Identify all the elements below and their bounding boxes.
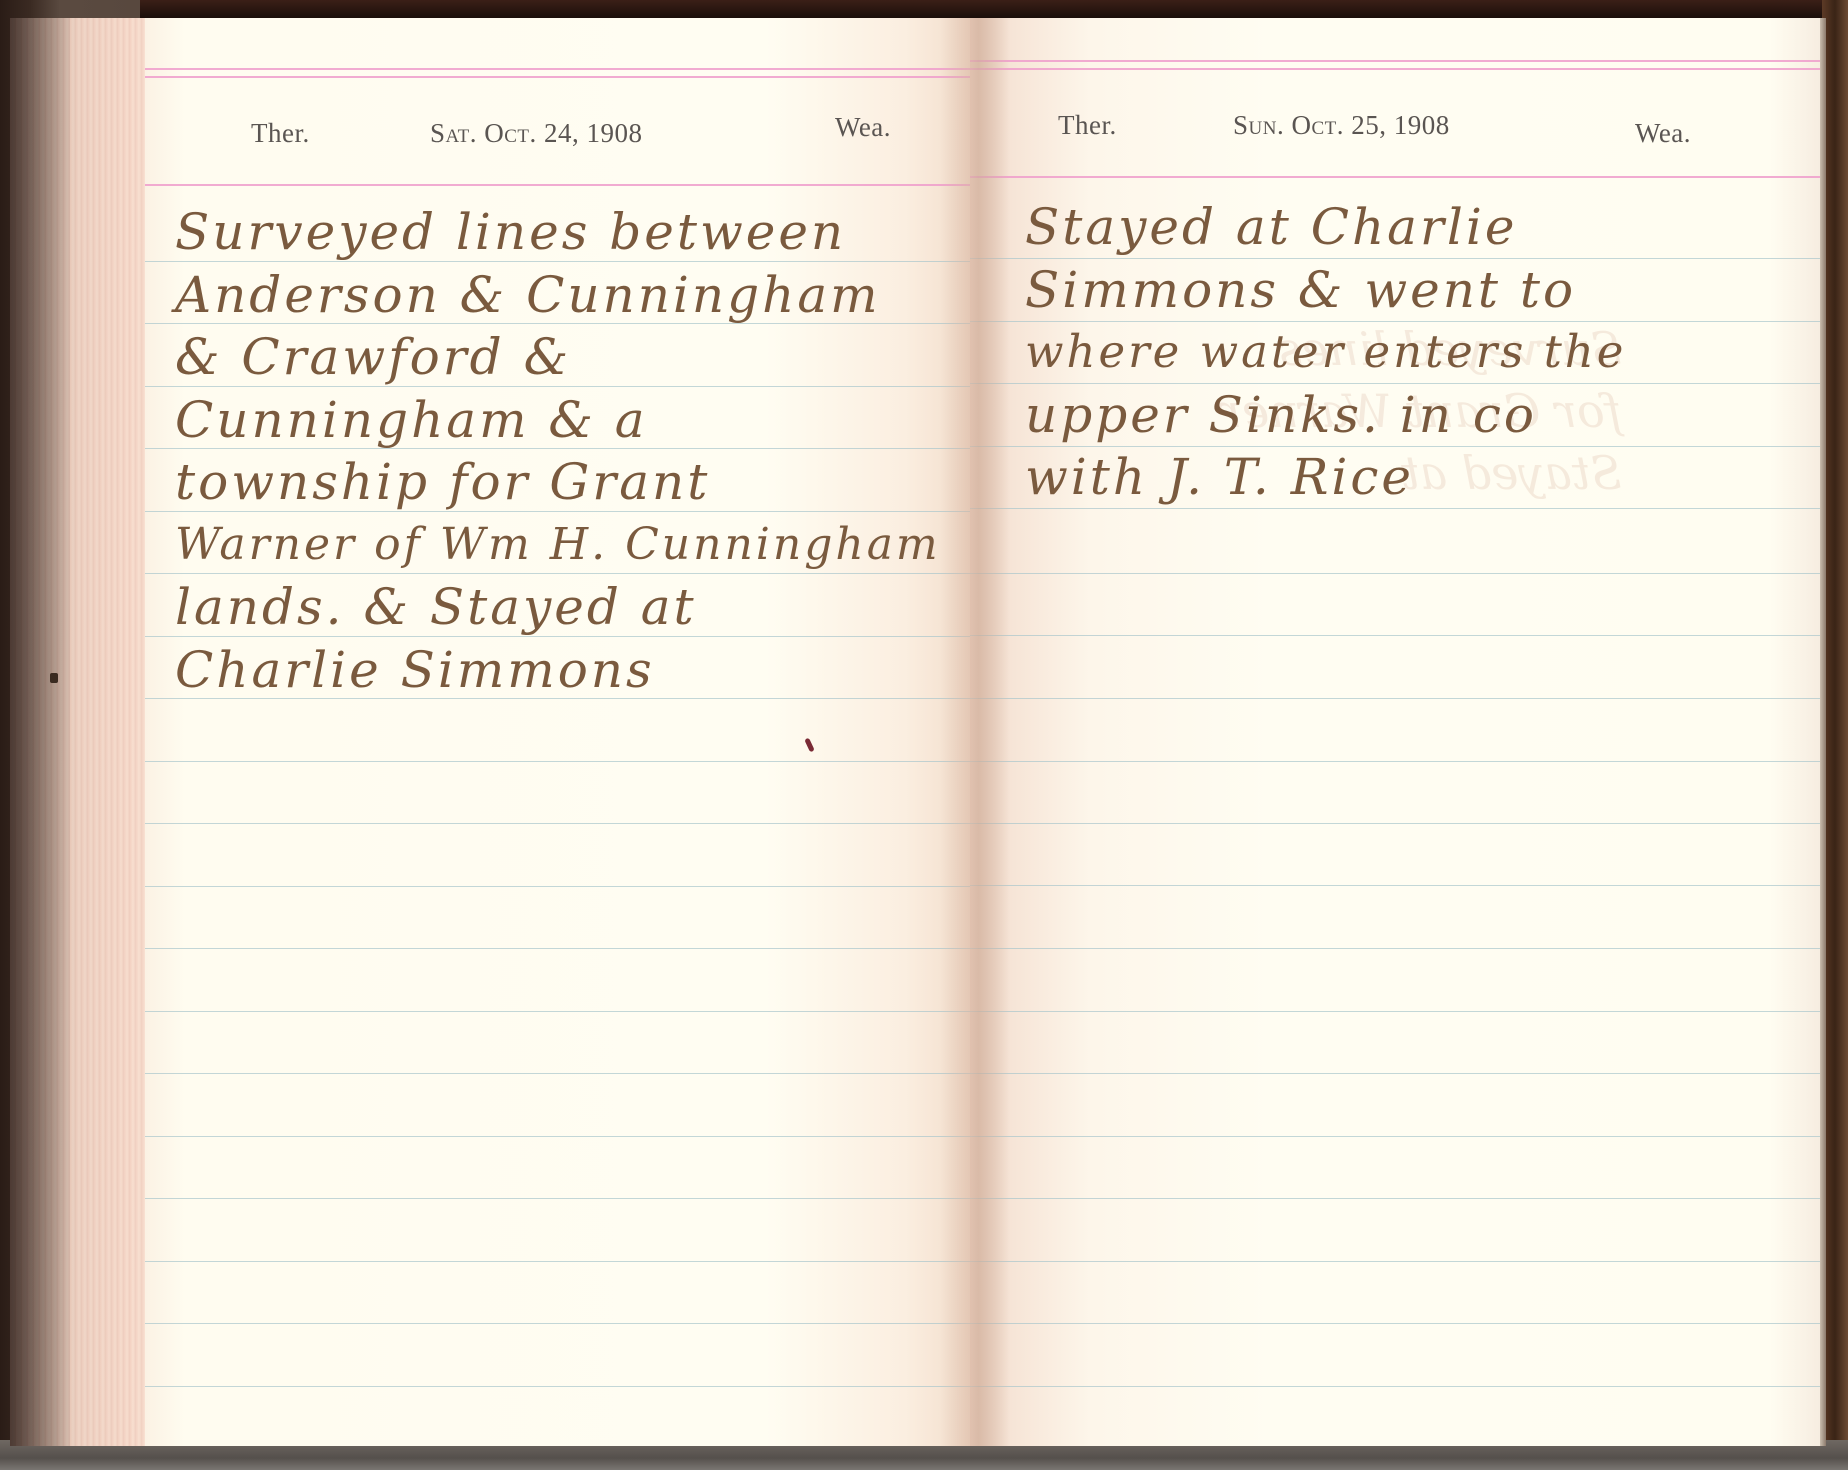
pink-top-rule-2 [145, 76, 970, 78]
blue-rule [970, 573, 1822, 574]
blue-rule [145, 823, 970, 824]
page-date: Sun. Oct. 25, 1908 [1233, 110, 1450, 141]
blue-rule [145, 1198, 970, 1199]
page-date: Sat. Oct. 24, 1908 [430, 118, 643, 149]
blue-rule [145, 1386, 970, 1387]
blue-rule [970, 1261, 1822, 1262]
blue-rule [145, 1261, 970, 1262]
wea-label: Wea. [835, 112, 891, 143]
blue-rule [970, 1323, 1822, 1324]
pink-top-rule-1 [145, 68, 970, 70]
ther-label: Ther. [251, 118, 310, 149]
entry-line: Anderson & Cunningham [175, 264, 975, 327]
right-page: Ther. Sun. Oct. 25, 1908 Wea. Surveyed l… [970, 18, 1822, 1446]
right-page-header: Ther. Sun. Oct. 25, 1908 Wea. [970, 110, 1822, 150]
blue-rule [970, 885, 1822, 886]
wea-label: Wea. [1635, 118, 1691, 149]
blue-rule [145, 1073, 970, 1074]
entry-line: & Crawford & [175, 326, 975, 389]
left-diary-entry: Surveyed lines between Anderson & Cunnin… [175, 201, 975, 701]
entry-line: Stayed at Charlie [1025, 196, 1825, 259]
entry-line: with J. T. Rice [1025, 446, 1825, 509]
pink-top-rule-2 [970, 68, 1822, 70]
diary-scan: Ther. Sat. Oct. 24, 1908 Wea. Surveyed l… [0, 0, 1848, 1479]
right-diary-entry: Stayed at Charlie Simmons & went to wher… [1025, 196, 1825, 509]
page-edge-mark [50, 673, 58, 683]
blue-rule [145, 1011, 970, 1012]
page-stack-edges [10, 18, 145, 1446]
blue-rule [970, 1386, 1822, 1387]
blue-rule [970, 1011, 1822, 1012]
entry-line: Warner of Wm H. Cunningham [175, 514, 975, 577]
pink-header-rule [145, 184, 970, 186]
entry-line: township for Grant [175, 451, 975, 514]
blue-rule [970, 823, 1822, 824]
blue-rule [970, 635, 1822, 636]
blue-rule [970, 948, 1822, 949]
entry-line: upper Sinks. in co [1025, 384, 1825, 447]
blue-rule [970, 1073, 1822, 1074]
entry-line: Surveyed lines between [175, 201, 975, 264]
blue-rule [970, 698, 1822, 699]
entry-line: where water enters the [1025, 321, 1825, 384]
left-page-header: Ther. Sat. Oct. 24, 1908 Wea. [145, 118, 970, 158]
binding-shadow [10, 18, 70, 1446]
left-page: Ther. Sat. Oct. 24, 1908 Wea. Surveyed l… [145, 18, 970, 1446]
blue-rule [145, 1323, 970, 1324]
blue-rule [970, 1198, 1822, 1199]
ther-label: Ther. [1058, 110, 1117, 141]
blue-rule [145, 761, 970, 762]
pink-top-rule-1 [970, 60, 1822, 62]
entry-line: Charlie Simmons [175, 639, 975, 702]
entry-line: lands. & Stayed at [175, 576, 975, 639]
entry-line: Simmons & went to [1025, 259, 1825, 322]
blue-rule [145, 948, 970, 949]
blue-rule [145, 1136, 970, 1137]
blue-rule [145, 886, 970, 887]
entry-line: Cunningham & a [175, 389, 975, 452]
ink-spot [804, 738, 814, 753]
blue-rule [970, 1136, 1822, 1137]
blue-rule [970, 761, 1822, 762]
cover-top-edge [140, 0, 1840, 18]
pink-header-rule [970, 176, 1822, 178]
